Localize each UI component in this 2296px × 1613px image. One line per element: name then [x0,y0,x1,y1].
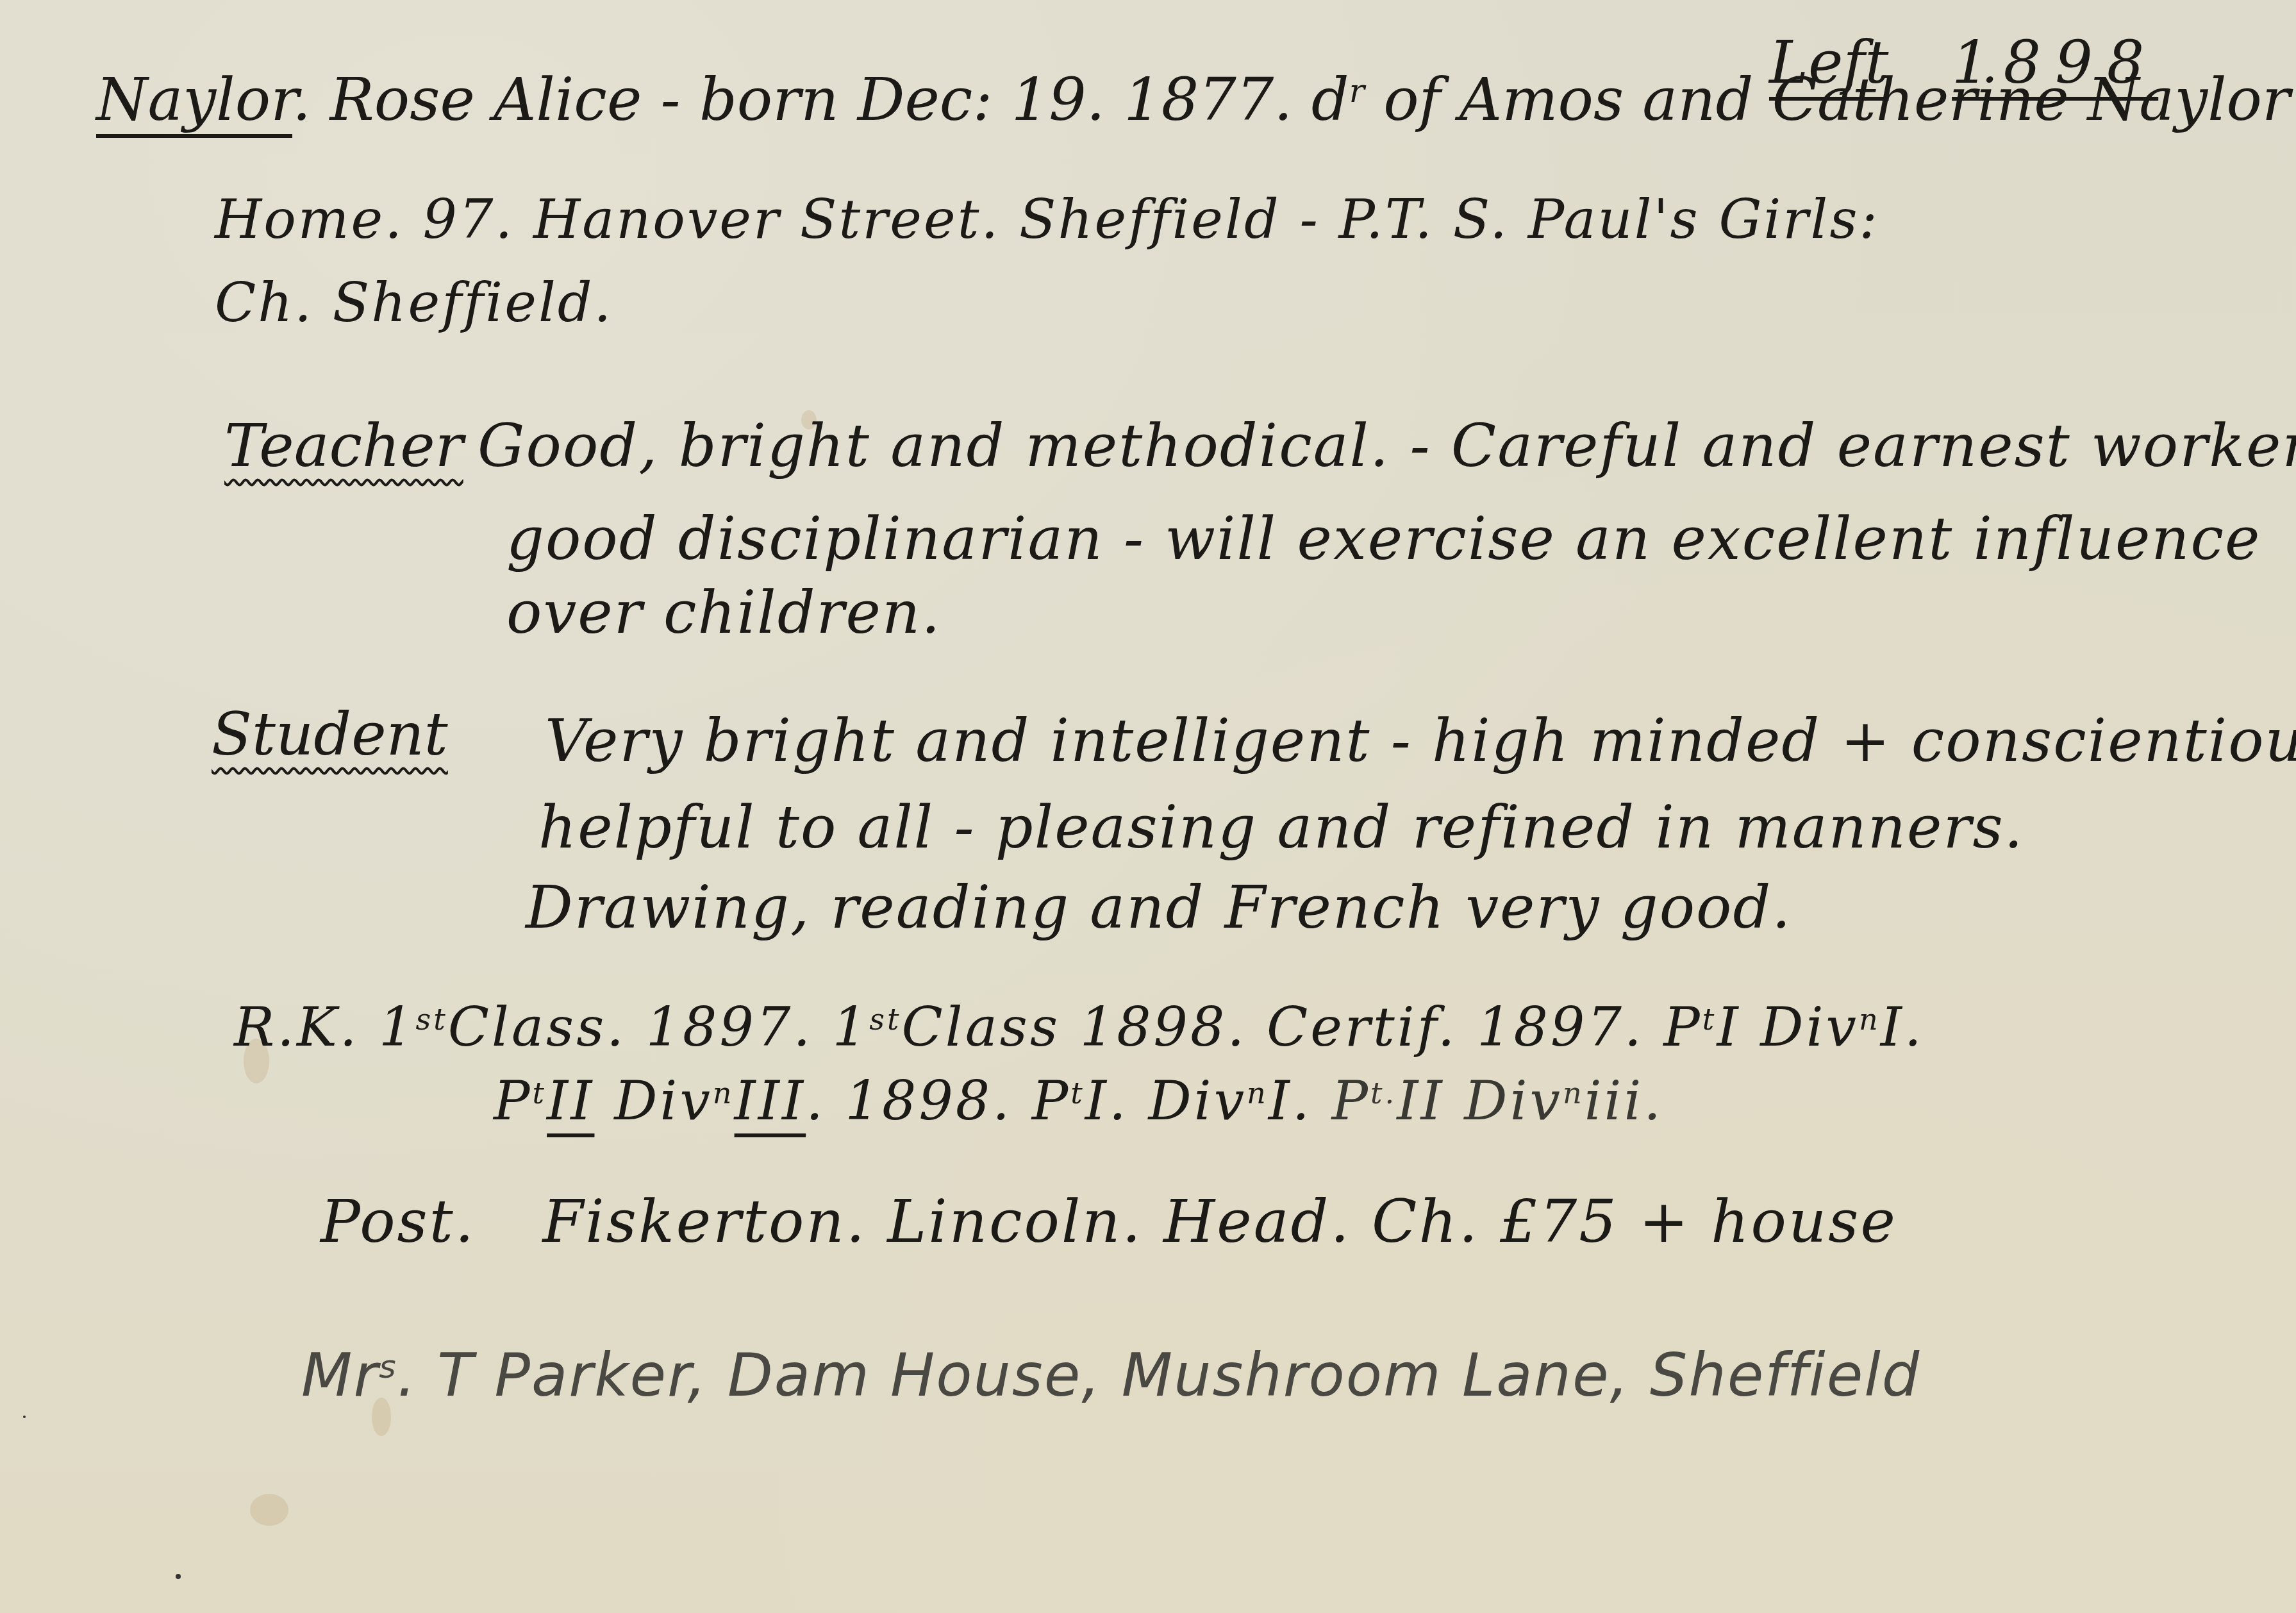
post-label: Post. [320,1187,476,1256]
teacher-remark-line-3: over children. [506,583,941,642]
post-line: Post. Fiskerton. Lincoln. Head. Ch. £75 … [320,1192,1897,1251]
division-sup: n [1859,1002,1881,1037]
part-number: I [1717,996,1740,1058]
exam-results-line-2: PtII DivnIII. 1898. PtI. DivnI. Pt.II Di… [494,1074,1663,1128]
part-sup: t [1702,1002,1717,1037]
part-label: P [1032,1069,1071,1132]
home-address: Home. 97. Hanover Street. Sheffield - P.… [215,192,1879,246]
division-label: Div [1148,1069,1247,1132]
class-number: 1 [379,996,415,1058]
teacher-label: Teacher [224,417,463,476]
pencil-address: . T Parker, Dam House, Mushroom Lane, Sh… [397,1341,1921,1410]
division-number: I. [1881,996,1924,1058]
exam-results-line-1: R.K. 1stClass. 1897. 1stClass 1898. Cert… [234,1000,1924,1054]
paper-stain [250,1494,288,1526]
teacher-remark-line-1: Good, bright and methodical. - Careful a… [478,417,2296,476]
pencil-note: Mrs. T Parker, Dam House, Mushroom Lane,… [301,1346,1920,1405]
class-1898: Class 1898. [902,996,1247,1058]
part-label: P [494,1069,533,1132]
church: Ch. Sheffield. [215,276,613,330]
division-number: iii. [1585,1069,1663,1132]
title-prefix: Mr [301,1341,379,1410]
division-number: I. [1269,1069,1312,1132]
left-label: Left [1769,28,1889,97]
part-number: II [547,1069,594,1132]
part-number: I. [1085,1069,1129,1132]
teacher-remark-line-2: good disciplinarian - will exercise an e… [506,510,2261,569]
part-sup: t. [1370,1076,1397,1110]
ink-speck [23,1416,26,1418]
division-sup: n [1247,1076,1269,1110]
division-sup: n [713,1076,735,1110]
part-label: P [1331,1069,1370,1132]
division-sup: n [1563,1076,1585,1110]
archive-page: Naylor. Rose Alice - born Dec: 19. 1877.… [0,0,2296,1613]
class-number: 1 [833,996,869,1058]
part-sup: t [533,1076,547,1110]
division-label: Div [614,1069,713,1132]
certificate-year: Certif. 1897. [1267,996,1644,1058]
left-year: 1898 [1952,28,2158,97]
ink-speck [176,1574,181,1579]
division-label: Div [1464,1069,1563,1132]
division-label: Div [1760,996,1859,1058]
surname: Naylor [96,65,292,134]
given-names-birth: Rose Alice - born Dec: 19. 1877. d [330,65,1349,134]
student-label: Student [212,705,448,764]
daughter-abbrev-sup: r [1349,72,1365,110]
ordinal-sup: st [416,1002,448,1037]
rk-label: R.K. [234,996,359,1058]
part-number: II [1397,1069,1444,1132]
title-sup: s [379,1348,397,1385]
left-year-annotation: Left 1898 [1769,33,2158,92]
student-remark-line-3: Drawing, reading and French very good. [526,878,1792,937]
post-details: Fiskerton. Lincoln. Head. Ch. £75 + hous… [543,1187,1897,1256]
class-1897: Class. 1897. [448,996,813,1058]
part-label: P [1663,996,1702,1058]
division-number: III [735,1069,806,1132]
part-sup: t [1070,1076,1085,1110]
student-remark-line-2: helpful to all - pleasing and refined in… [538,798,2024,857]
year-1898: . 1898. [806,1069,1012,1132]
ordinal-sup: st [869,1002,901,1037]
student-remark-line-1: Very bright and intelligent - high minde… [545,712,2296,771]
